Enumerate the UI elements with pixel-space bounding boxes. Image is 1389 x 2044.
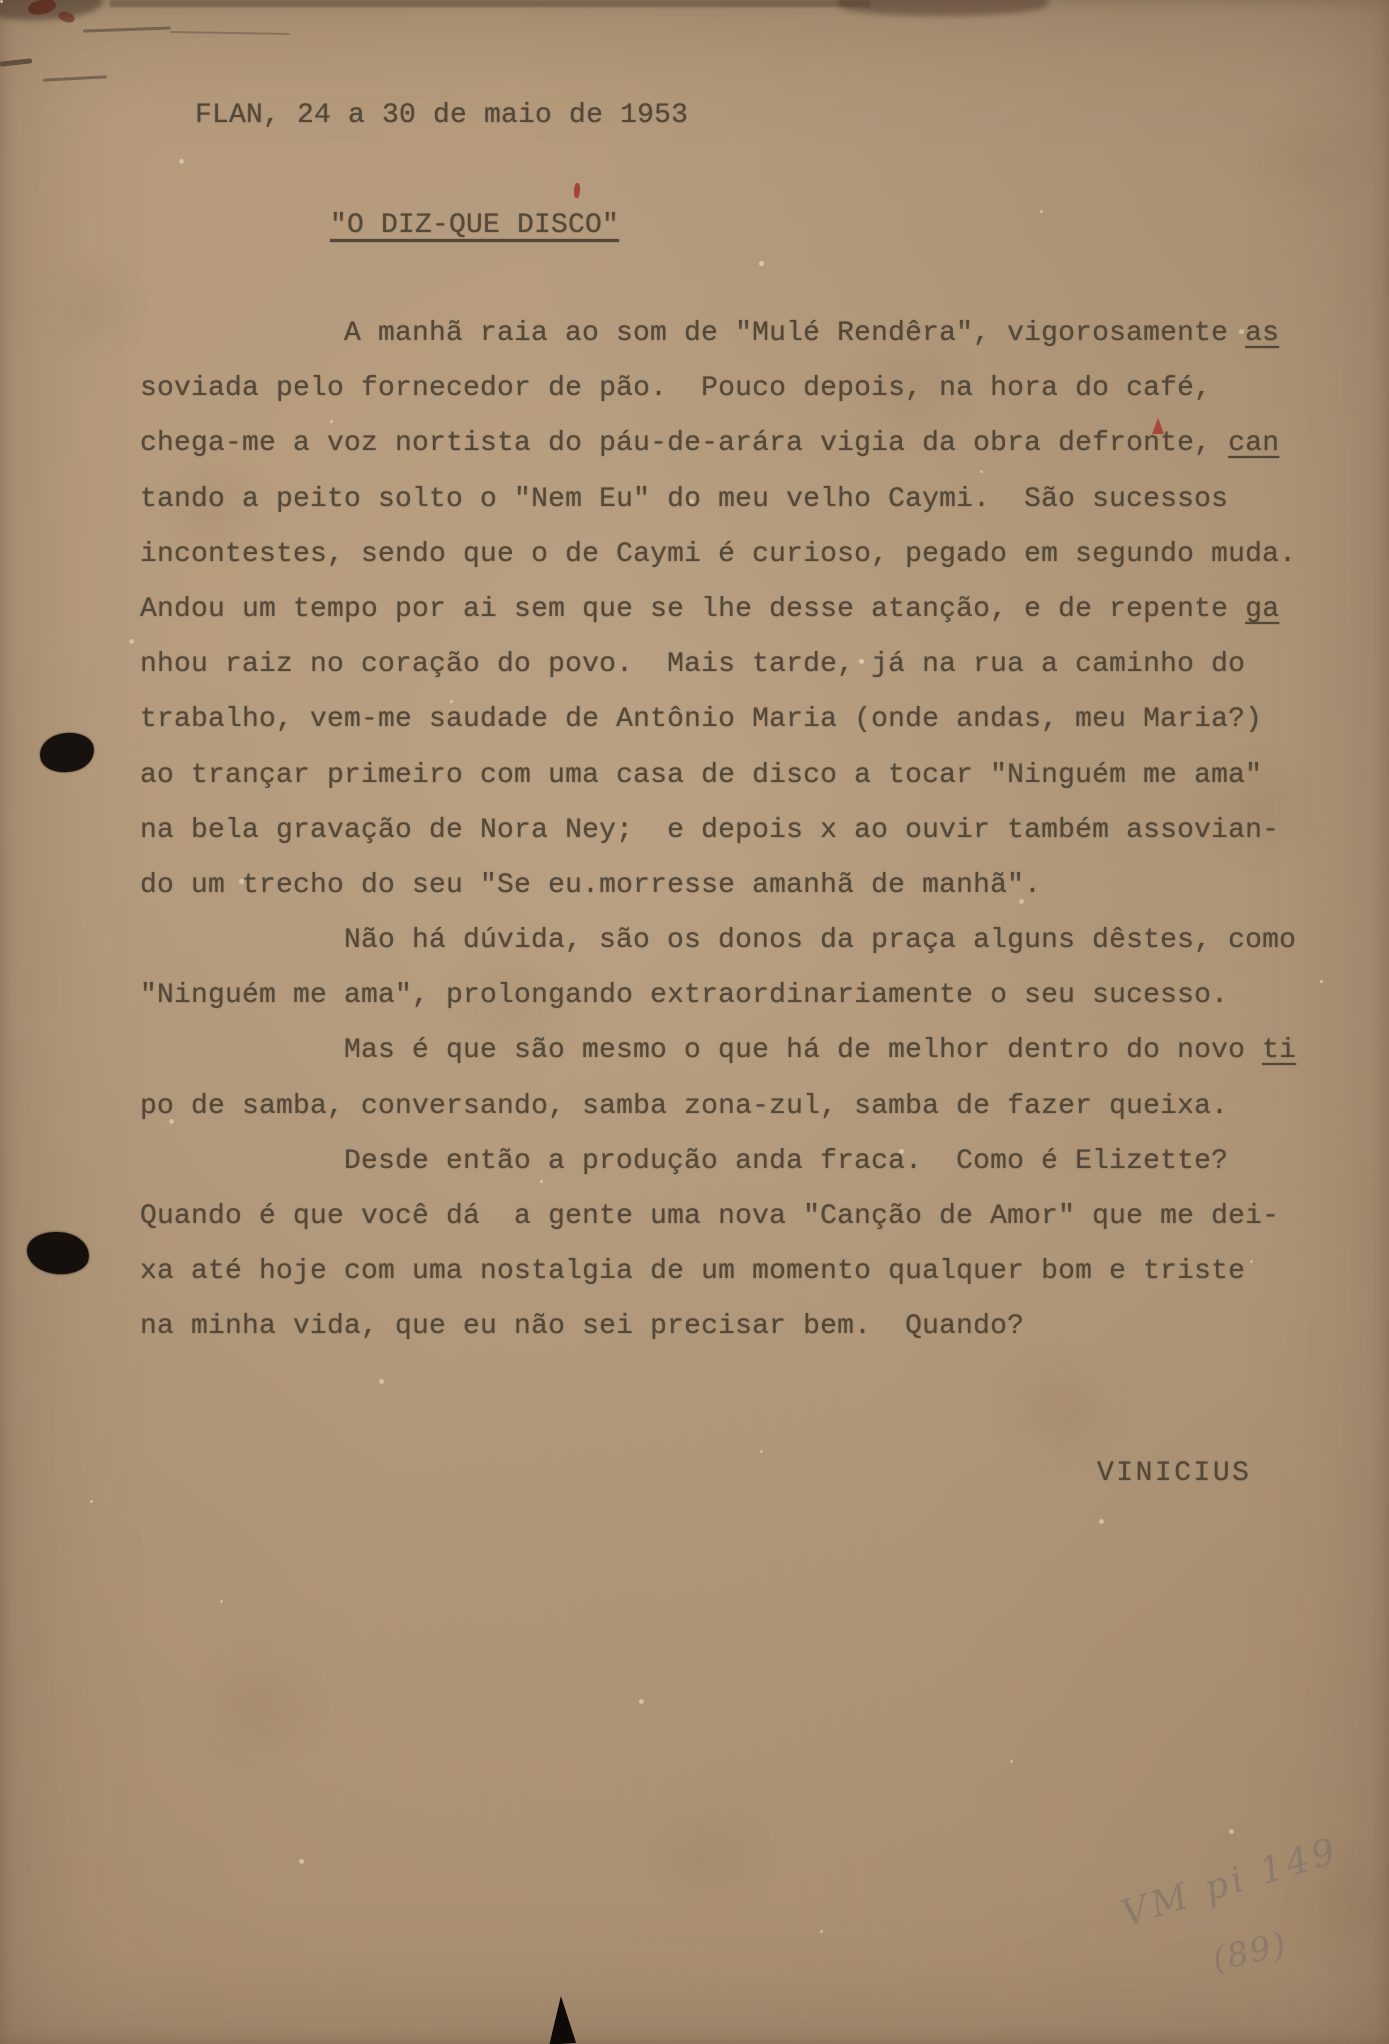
body-line-text: incontestes, sendo que o de Caymi é curi…: [140, 539, 1296, 570]
red-ink-tick: [573, 183, 580, 198]
body-line: na bela gravação de Nora Ney; e depois x…: [140, 803, 1296, 858]
archival-annotation-code: VM pi 149: [1117, 1830, 1344, 1935]
body-line-text: xa até hoje com uma nostalgia de um mome…: [140, 1256, 1245, 1287]
body-line: trabalho, vem-me saudade de Antônio Mari…: [140, 692, 1296, 747]
body-line: A manhã raia ao som de "Mulé Rendêra", v…: [140, 306, 1296, 361]
body-line-text: trabalho, vem-me saudade de Antônio Mari…: [140, 704, 1262, 735]
body-line: Mas é que são mesmo o que há de melhor d…: [140, 1023, 1296, 1078]
pencil-scribble: [43, 75, 107, 81]
body-line-text: tando a peito solto o "Nem Eu" do meu ve…: [140, 484, 1228, 515]
body-line: Não há dúvida, são os donos da praça alg…: [140, 913, 1296, 968]
body-line: nhou raiz no coração do povo. Mais tarde…: [140, 637, 1296, 692]
paper-top-edge-shadow: [110, 0, 870, 7]
hyphen-break-syllable: ga: [1245, 594, 1279, 625]
body-line: xa até hoje com uma nostalgia de um mome…: [140, 1244, 1296, 1299]
body-line-text: Desde então a produção anda fraca. Como …: [344, 1146, 1228, 1177]
body-line-text: "Ninguém me ama", prolongando extraordin…: [140, 980, 1228, 1011]
hyphen-break-syllable: as: [1245, 318, 1279, 349]
pencil-scribble: [83, 26, 171, 32]
body-line: ao trançar primeiro com uma casa de disc…: [140, 748, 1296, 803]
author-signature: VINICIUS: [1097, 1460, 1251, 1488]
archival-annotation-number: (89): [1209, 1924, 1292, 1979]
body-line-text: Não há dúvida, são os donos da praça alg…: [344, 925, 1296, 956]
ink-blot-left-1: [38, 729, 97, 775]
body-line: tando a peito solto o "Nem Eu" do meu ve…: [140, 472, 1296, 527]
body-line: chega-me a voz nortista do páu-de-arára …: [140, 416, 1296, 471]
body-line: incontestes, sendo que o de Caymi é curi…: [140, 527, 1296, 582]
body-line-text: na minha vida, que eu não sei precisar b…: [140, 1311, 1024, 1342]
pencil-scribble: [170, 31, 290, 35]
body-line: soviada pelo fornecedor de pão. Pouco de…: [140, 361, 1296, 416]
document-title: "O DIZ-QUE DISCO": [330, 212, 619, 240]
ink-blot-bottom: [543, 1995, 578, 2044]
body-line-text: nhou raiz no coração do povo. Mais tarde…: [140, 649, 1245, 680]
body-line-text: Mas é que são mesmo o que há de melhor d…: [344, 1035, 1262, 1066]
edge-ink-dash: [0, 58, 32, 66]
body-line: Quando é que você dá a gente uma nova "C…: [140, 1189, 1296, 1244]
typescript-document-page: FLAN, 24 a 30 de maio de 1953 "O DIZ-QUE…: [0, 0, 1389, 2044]
body-line: "Ninguém me ama", prolongando extraordin…: [140, 968, 1296, 1023]
hyphen-break-syllable: can: [1228, 428, 1279, 459]
body-line-text: Quando é que você dá a gente uma nova "C…: [140, 1201, 1279, 1232]
body-line: do um trecho do seu "Se eu.morresse aman…: [140, 858, 1296, 913]
body-line-text: po de samba, conversando, samba zona-zul…: [140, 1091, 1228, 1122]
ink-blot-left-2: [25, 1229, 91, 1277]
body-line-text: A manhã raia ao som de "Mulé Rendêra", v…: [344, 318, 1245, 349]
body-line-text: na bela gravação de Nora Ney; e depois x…: [140, 815, 1279, 846]
body-line-text: ao trançar primeiro com uma casa de disc…: [140, 760, 1262, 791]
body-line: Andou um tempo por ai sem que se lhe des…: [140, 582, 1296, 637]
body-line-text: soviada pelo fornecedor de pão. Pouco de…: [140, 373, 1211, 404]
document-header-date: FLAN, 24 a 30 de maio de 1953: [195, 102, 688, 130]
paper-corner-shadow-right: [838, 0, 1048, 18]
body-line: Desde então a produção anda fraca. Como …: [140, 1134, 1296, 1189]
hyphen-break-syllable: ti: [1262, 1035, 1296, 1066]
body-line-text: Andou um tempo por ai sem que se lhe des…: [140, 594, 1245, 625]
document-body: A manhã raia ao som de "Mulé Rendêra", v…: [140, 306, 1296, 1355]
body-line: na minha vida, que eu não sei precisar b…: [140, 1299, 1296, 1354]
body-line: po de samba, conversando, samba zona-zul…: [140, 1079, 1296, 1134]
body-line-text: do um trecho do seu "Se eu.morresse aman…: [140, 870, 1041, 901]
paper-mottling: [0, 0, 22, 15]
body-line-text: chega-me a voz nortista do páu-de-arára …: [140, 428, 1228, 459]
